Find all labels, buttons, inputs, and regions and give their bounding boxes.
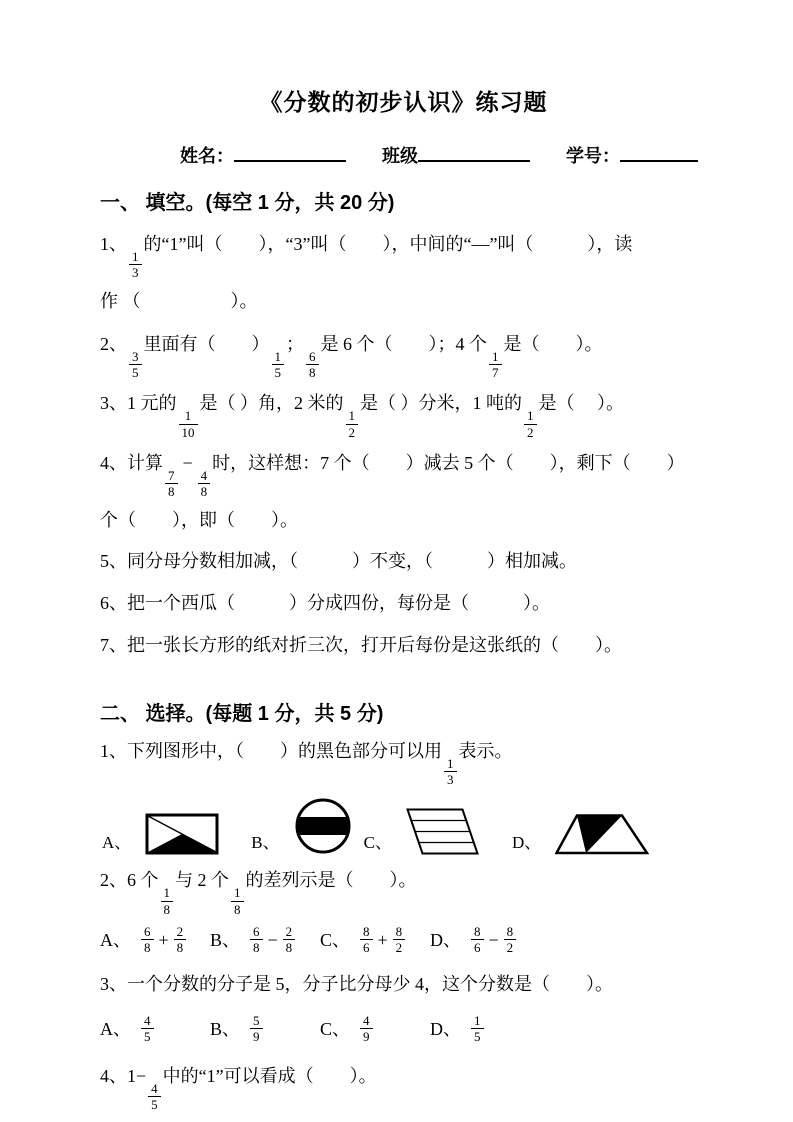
fraction-numerator: 8 [360, 924, 373, 939]
fraction-numerator: 4 [198, 468, 211, 483]
worksheet-page: 《分数的初步认识》练习题 姓名：班级学号： 一、 填空。(每空 1 分，共 20… [0, 0, 793, 1122]
s2-question1-figures: A、 B、 C、 D、 [102, 793, 707, 855]
option-d-figure-trapezoid-black-triangle [555, 814, 649, 855]
fraction: 68 [141, 924, 154, 956]
question-text: 的差列示是（ ）。 [246, 870, 417, 890]
fraction-numerator: 3 [129, 349, 142, 364]
s1-question3: 3、1 元的110是（ ）角，2 米的12是（ ）分米，1 吨的12是（ ）。 [100, 380, 707, 440]
question-text: ； [286, 334, 304, 354]
option-a-label: A、 [102, 834, 131, 851]
fraction-numerator: 7 [165, 468, 178, 483]
fraction-denominator: 8 [174, 939, 187, 955]
fraction-denominator: 8 [198, 483, 211, 499]
fraction-numerator: 4 [148, 1081, 161, 1096]
fraction: 28 [283, 924, 296, 956]
option-b-label: B、 [210, 1005, 240, 1053]
fraction-numerator: 1 [231, 885, 244, 900]
option-a-label: A、 [100, 1005, 131, 1053]
option-b-figure-circle-middle-band [294, 797, 352, 855]
option-a-label: A、 [100, 917, 131, 963]
fraction-denominator: 2 [524, 424, 537, 440]
fraction-numerator: 4 [141, 1013, 154, 1028]
fraction-numerator: 1 [471, 1013, 484, 1028]
question-text: 表示。 [459, 741, 513, 761]
fraction: 82 [393, 924, 406, 956]
fraction: 28 [174, 924, 187, 956]
fraction: 78 [165, 468, 178, 500]
s1-question7: 7、把一张长方形的纸对折三次，打开后每份是这张纸的（ ）。 [100, 624, 707, 666]
s1-question4-line1: 4、计算78−48时，这样想：7 个（ ）减去 5 个（ ），剩下（ ） [100, 440, 707, 500]
fraction-numerator: 1 [489, 349, 502, 364]
fraction-numerator: 1 [272, 349, 285, 364]
fraction: 86 [360, 924, 373, 956]
option-d-label: D、 [430, 917, 461, 963]
question-text: 3、一个分数的分子是 5，分子比分母少 4，这个分数是（ ）。 [100, 974, 613, 994]
option-d: D、86−82 [430, 917, 540, 963]
fraction-denominator: 5 [141, 1028, 154, 1044]
question-text: 作 （ ）。 [100, 291, 258, 311]
fraction-numerator: 1 [161, 885, 174, 900]
fraction: 59 [250, 1013, 263, 1045]
fraction-denominator: 9 [250, 1028, 263, 1044]
question-number: 1、 [100, 234, 127, 254]
fraction-denominator: 2 [504, 939, 517, 955]
plus-operator: + [378, 917, 388, 963]
option-c-figure-parallelogram-strips [406, 808, 480, 855]
option-d-label: D、 [512, 834, 541, 851]
fraction-denominator: 8 [161, 901, 174, 917]
question-number: 4、计算 [100, 453, 163, 473]
fraction: 49 [360, 1013, 373, 1045]
plus-operator: + [159, 917, 169, 963]
option-b: B、68−28 [210, 917, 320, 963]
fraction: 13 [129, 249, 142, 281]
fraction-numerator: 2 [174, 924, 187, 939]
fraction-denominator: 8 [141, 939, 154, 955]
option-c: C、86+82 [320, 917, 430, 963]
s2-question2-options: A、68+28 B、68−28 C、86+82 D、86−82 [100, 917, 707, 963]
option-d-label: D、 [430, 1005, 461, 1053]
option-c: C、49 [320, 1005, 430, 1053]
option-c-label: C、 [320, 1005, 350, 1053]
fraction: 15 [471, 1013, 484, 1045]
section1-heading: 一、 填空。(每空 1 分，共 20 分) [100, 189, 707, 217]
question-number: 4、1− [100, 1066, 146, 1086]
question-text: 是（ ）。 [504, 334, 603, 354]
minus-operator: − [268, 917, 278, 963]
question-text: 是（ ）角，2 米的 [200, 393, 344, 413]
fraction: 68 [250, 924, 263, 956]
question-text: 是（ ）分米，1 吨的 [360, 393, 522, 413]
fraction-denominator: 8 [231, 901, 244, 917]
fraction-denominator: 2 [393, 939, 406, 955]
s2-question3-options: A、45 B、59 C、49 D、15 [100, 1005, 707, 1053]
name-label: 姓名： [180, 146, 234, 166]
option-c-label: C、 [364, 834, 392, 851]
question-number: 2、 [100, 334, 127, 354]
fraction-denominator: 9 [360, 1028, 373, 1044]
fraction-denominator: 3 [129, 264, 142, 280]
fraction: 12 [524, 408, 537, 440]
fraction-denominator: 10 [179, 424, 198, 440]
minus-operator: − [183, 453, 193, 473]
s1-question6: 6、把一个西瓜（ ）分成四份，每份是（ ）。 [100, 582, 707, 624]
question-text: 5、同分母分数相加减，（ ）不变，（ ）相加减。 [100, 551, 577, 571]
minus-operator: − [489, 917, 499, 963]
student-id-blank-line [620, 143, 698, 162]
fraction-denominator: 5 [148, 1096, 161, 1112]
fraction: 15 [272, 349, 285, 381]
fraction: 48 [198, 468, 211, 500]
fraction-denominator: 5 [471, 1028, 484, 1044]
question-number: 2、6 个 [100, 870, 159, 890]
s1-question1-line1: 1、13的“1”叫（ ），“3”叫（ ），中间的“—”叫（ ），读 [100, 221, 707, 281]
fraction-denominator: 3 [444, 771, 457, 787]
question-text: 时，这样想：7 个（ ）减去 5 个（ ），剩下（ ） [212, 453, 685, 473]
fraction-numerator: 8 [393, 924, 406, 939]
question-text: 中的“1”可以看成（ ）。 [163, 1066, 377, 1086]
option-b-label: B、 [210, 917, 240, 963]
s1-question2: 2、35里面有（ ）15；68是 6 个（ ）；4 个17是（ ）。 [100, 321, 707, 381]
fraction: 45 [148, 1081, 161, 1113]
section2-heading: 二、 选择。(每题 1 分，共 5 分) [100, 700, 707, 728]
s2-question3: 3、一个分数的分子是 5，分子比分母少 4，这个分数是（ ）。 [100, 963, 707, 1005]
s2-question2: 2、6 个18与 2 个18的差列示是（ ）。 [100, 857, 707, 917]
question-text: 6、把一个西瓜（ ）分成四份，每份是（ ）。 [100, 593, 550, 613]
fraction-denominator: 8 [283, 939, 296, 955]
fraction-denominator: 5 [272, 364, 285, 380]
fraction: 13 [444, 756, 457, 788]
s2-question1: 1、下列图形中，（ ）的黑色部分可以用13表示。 [100, 728, 707, 788]
question-text: 7、把一张长方形的纸对折三次，打开后每份是这张纸的（ ）。 [100, 635, 622, 655]
option-c-label: C、 [320, 917, 350, 963]
fraction: 18 [231, 885, 244, 917]
s1-question5: 5、同分母分数相加减，（ ）不变，（ ）相加减。 [100, 540, 707, 582]
option-b-label: B、 [251, 834, 279, 851]
question-text: 是（ ）。 [539, 393, 625, 413]
fraction-numerator: 5 [250, 1013, 263, 1028]
fraction-denominator: 8 [165, 483, 178, 499]
fraction-denominator: 6 [360, 939, 373, 955]
fraction: 110 [179, 408, 198, 440]
question-text: 是 6 个（ ）；4 个 [321, 334, 488, 354]
fraction-numerator: 4 [360, 1013, 373, 1028]
fraction-numerator: 1 [444, 756, 457, 771]
option-d: D、15 [430, 1005, 540, 1053]
student-id-label: 学号： [566, 146, 620, 166]
fraction: 68 [306, 349, 319, 381]
name-blank-line [234, 143, 346, 162]
class-label: 班级 [382, 146, 418, 166]
s1-question4-line2: 个（ ），即（ ）。 [100, 500, 707, 540]
s2-question4: 4、1−45中的“1”可以看成（ ）。 [100, 1053, 707, 1113]
fraction-numerator: 8 [504, 924, 517, 939]
page-title: 《分数的初步认识》练习题 [100, 88, 707, 116]
fraction: 86 [471, 924, 484, 956]
fraction-numerator: 1 [346, 408, 359, 423]
fraction: 45 [141, 1013, 154, 1045]
fraction-denominator: 8 [250, 939, 263, 955]
fraction-numerator: 8 [471, 924, 484, 939]
question-text: 的“1”叫（ ），“3”叫（ ），中间的“—”叫（ ），读 [144, 234, 633, 254]
fraction: 82 [504, 924, 517, 956]
option-a: A、68+28 [100, 917, 210, 963]
question-text: 里面有（ ） [144, 334, 270, 354]
option-b: B、59 [210, 1005, 320, 1053]
fraction: 35 [129, 349, 142, 381]
s1-question1-line2: 作 （ ）。 [100, 281, 707, 321]
fraction-denominator: 2 [346, 424, 359, 440]
fraction-numerator: 1 [524, 408, 537, 423]
section-multiple-choice: 二、 选择。(每题 1 分，共 5 分) 1、下列图形中，（ ）的黑色部分可以用… [100, 700, 707, 1113]
fraction-numerator: 1 [129, 249, 142, 264]
question-text: 个（ ），即（ ）。 [100, 510, 298, 530]
fraction-denominator: 7 [489, 364, 502, 380]
fraction: 12 [346, 408, 359, 440]
question-text: 1、下列图形中，（ ）的黑色部分可以用 [100, 741, 442, 761]
fraction-numerator: 6 [306, 349, 319, 364]
fraction-numerator: 2 [283, 924, 296, 939]
option-a-figure-rectangle-black-triangle [145, 813, 219, 855]
question-number: 3、1 元的 [100, 393, 177, 413]
fraction: 17 [489, 349, 502, 381]
fraction: 18 [161, 885, 174, 917]
student-info-row: 姓名：班级学号： [100, 143, 707, 168]
class-blank-line [418, 143, 530, 162]
option-a: A、45 [100, 1005, 210, 1053]
fraction-denominator: 8 [306, 364, 319, 380]
fraction-numerator: 6 [250, 924, 263, 939]
fraction-numerator: 6 [141, 924, 154, 939]
fraction-denominator: 5 [129, 364, 142, 380]
fraction-numerator: 1 [182, 408, 195, 423]
question-text: 与 2 个 [175, 870, 229, 890]
fraction-denominator: 6 [471, 939, 484, 955]
section-fill-in: 一、 填空。(每空 1 分，共 20 分) 1、13的“1”叫（ ），“3”叫（… [100, 189, 707, 666]
